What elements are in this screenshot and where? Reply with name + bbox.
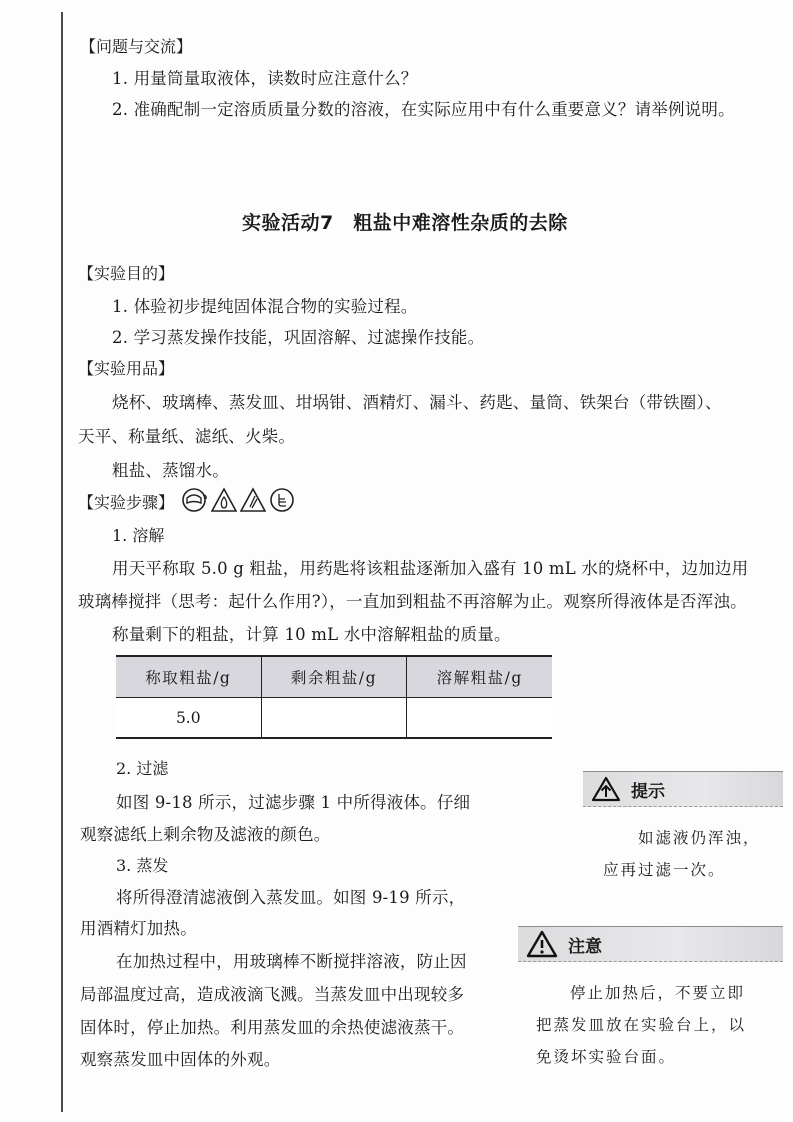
- step3-p2-line4: 观察蒸发皿中固体的外观。: [80, 1046, 280, 1070]
- discussion-heading: 【问题与交流】: [80, 34, 192, 57]
- activity-title: 实验活动7 粗盐中难溶性杂质的去除: [242, 208, 568, 235]
- caution-box-line2: 把蒸发皿放在实验台上，以: [536, 1013, 746, 1035]
- step2-line1: 如图 9-18 所示，过滤步骤 1 中所得液体。仔细: [116, 789, 470, 813]
- hand-wash-icon: [269, 487, 295, 513]
- tip-arrow-icon: [591, 776, 621, 802]
- table-header-remaining: 剩余粗盐/g: [261, 656, 407, 698]
- table-row: 5.0: [116, 698, 552, 739]
- discussion-question-2: 2. 准确配制一定溶质质量分数的溶液，在实际应用中有什么重要意义？请举例说明。: [112, 96, 735, 120]
- tip-box-header: 提示: [583, 771, 783, 807]
- tip-box-line1: 如滤液仍浑浊，: [638, 826, 761, 848]
- step3-p1-line1: 将所得澄清滤液倒入蒸发皿。如图 9-19 所示，: [116, 884, 465, 908]
- caution-box-line1: 停止加热后，不要立即: [570, 981, 745, 1003]
- step1-para2: 称量剩下的粗盐，计算 10 mL 水中溶解粗盐的质量。: [112, 621, 511, 645]
- discussion-question-1: 1. 用量筒量取液体，读数时应注意什么？: [112, 65, 418, 89]
- materials-reagents: 粗盐、蒸馏水。: [112, 457, 229, 481]
- step3-p2-line3: 固体时，停止加热。利用蒸发皿的余热使滤液蒸干。: [80, 1014, 464, 1038]
- step2-title: 2. 过滤: [116, 756, 168, 779]
- steps-heading: 【实验步骤】: [78, 490, 174, 513]
- table-header-dissolved: 溶解粗盐/g: [407, 656, 552, 698]
- caution-box-line3: 免烫坏实验台面。: [536, 1045, 676, 1067]
- step3-p2-line2: 局部温度过高，造成液滴飞溅。当蒸发皿中出现较多: [80, 981, 464, 1005]
- step3-p1-line2: 用酒精灯加热。: [80, 915, 197, 939]
- step1-para1-line2: 玻璃棒搅拌（思考：起什么作用?），一直加到粗盐不再溶解为止。观察所得液体是否浑浊…: [78, 588, 747, 612]
- materials-equipment-line2: 天平、称量纸、滤纸、火柴。: [78, 423, 295, 447]
- table-cell-remaining: [261, 698, 407, 739]
- table-header-row: 称取粗盐/g 剩余粗盐/g 溶解粗盐/g: [116, 656, 552, 698]
- warning-icon: [526, 930, 558, 958]
- step1-title: 1. 溶解: [112, 523, 164, 546]
- goggles-icon: [182, 487, 208, 513]
- purpose-heading: 【实验目的】: [78, 261, 174, 284]
- step3-p2-line1: 在加热过程中，用玻璃棒不断搅拌溶液，防止因: [116, 948, 467, 972]
- tip-box-label: 提示: [631, 777, 665, 802]
- safety-icons: [182, 487, 295, 513]
- caution-box-header: 注意: [518, 926, 783, 962]
- purpose-item-2: 2. 学习蒸发操作技能，巩固溶解、过滤操作技能。: [112, 324, 484, 348]
- purpose-item-1: 1. 体验初步提纯固体混合物的实验过程。: [112, 293, 418, 317]
- step1-para1-line1: 用天平称取 5.0 g 粗盐，用药匙将该粗盐逐渐加入盛有 10 mL 水的烧杯中…: [112, 555, 748, 579]
- table-cell-dissolved: [407, 698, 552, 739]
- step3-title: 3. 蒸发: [116, 853, 168, 876]
- table-header-weighed: 称取粗盐/g: [116, 656, 261, 698]
- caution-box-label: 注意: [568, 932, 602, 957]
- hot-surface-icon: [240, 487, 266, 513]
- step2-line2: 观察滤纸上剩余物及滤液的颜色。: [80, 821, 331, 845]
- materials-heading: 【实验用品】: [78, 356, 174, 379]
- materials-equipment-line1: 烧杯、玻璃棒、蒸发皿、坩埚钳、酒精灯、漏斗、药匙、量筒、铁架台（带铁圈）、: [112, 389, 722, 413]
- table-cell-weighed: 5.0: [116, 698, 261, 739]
- tip-box-line2: 应再过滤一次。: [603, 858, 726, 880]
- page-margin-rule: [61, 12, 63, 1112]
- flame-hazard-icon: [211, 487, 237, 513]
- salt-mass-table: 称取粗盐/g 剩余粗盐/g 溶解粗盐/g 5.0: [116, 655, 552, 739]
